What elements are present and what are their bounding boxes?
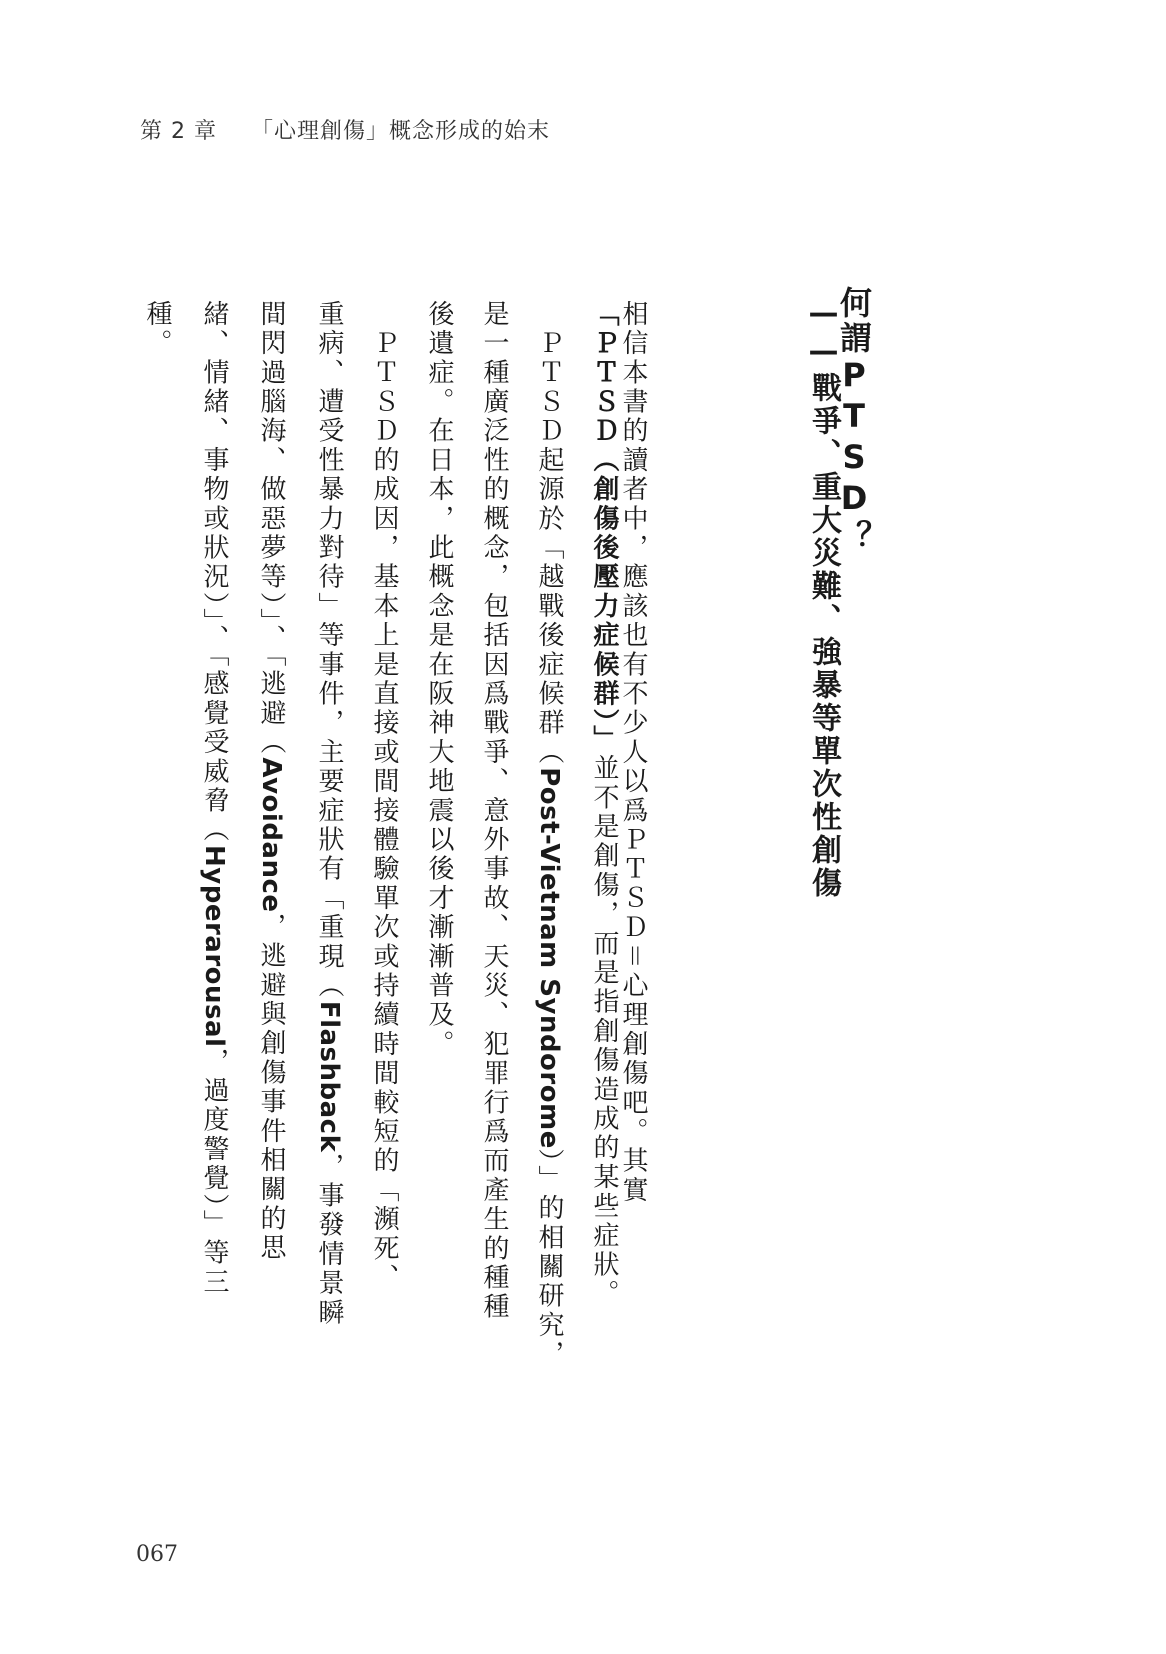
paragraph-2-line-1: ＰＴＳＤ起源於「越戰後症候群（Post-Vietnam Syndorome）」的…	[536, 300, 562, 1369]
text-segment: ，過度警覺）」等三	[199, 1047, 229, 1297]
section-subtitle: ——戰爭、重大災難、強暴等單次性創傷	[808, 296, 838, 900]
running-head: 第 2 章「心理創傷」概念形成的始末	[140, 114, 550, 145]
text-segment: ）」的相關研究，	[534, 1149, 564, 1370]
text-segment: ，事發情景瞬	[314, 1152, 344, 1327]
section-title: 何謂PTSD？	[838, 286, 870, 555]
text-segment: 間閃過腦海、做惡夢等）」、「逃避（	[256, 300, 286, 757]
paragraph-1-line-1: 相信本書的讀者中，應該也有不少人以爲ＰＴＳＤ＝心理創傷吧。其實	[620, 300, 646, 1205]
paragraph-1-line-2-rest: 並不是創傷，而是指創傷造成的某些症狀。	[589, 754, 619, 1309]
paragraph-1-line-2: 「ＰＴＳＤ（創傷後壓力症候群）」並不是創傷，而是指創傷造成的某些症狀。	[591, 300, 617, 1309]
english-term: Post-Vietnam Syndorome	[534, 767, 564, 1149]
text-segment: ＰＴＳＤ起源於「越戰後症候群（	[534, 300, 564, 767]
ptsd-term: 「ＰＴＳＤ（創傷後壓力症候群）」	[589, 300, 619, 754]
chapter-title: 「心理創傷」概念形成的始末	[251, 119, 550, 144]
text-segment: ，逃避與創傷事件相關的思	[256, 913, 286, 1263]
paragraph-3-line-3: 間閃過腦海、做惡夢等）」、「逃避（Avoidance，逃避與創傷事件相關的思	[258, 300, 284, 1263]
text-segment: 緒、情緒、事物或狀況）」、「感覺受威脅（	[199, 300, 229, 845]
english-term: Avoidance	[256, 757, 286, 912]
paragraph-3-line-2: 重病、遭受性暴力對待」等事件，主要症狀有「重現（Flashback，事發情景瞬	[316, 300, 342, 1328]
paragraph-3-line-1: ＰＴＳＤ的成因，基本上是直接或間接體驗單次或持續時間較短的「瀕死、	[371, 300, 397, 1293]
paragraph-3-line-5: 種。	[144, 300, 170, 358]
text-segment: 重病、遭受性暴力對待」等事件，主要症狀有「重現（	[314, 300, 344, 1001]
english-term: Flashback	[314, 1001, 344, 1153]
page-number: 067	[136, 1542, 178, 1567]
paragraph-2-line-3: 後遺症。在日本，此概念是在阪神大地震以後才漸漸普及。	[426, 300, 452, 1059]
english-term: Hyperarousal	[199, 845, 229, 1047]
paragraph-3-line-4: 緒、情緒、事物或狀況）」、「感覺受威脅（Hyperarousal，過度警覺）」等…	[201, 300, 227, 1297]
chapter-number: 第 2 章	[140, 119, 217, 144]
paragraph-2-line-2: 是一種廣泛性的概念，包括因爲戰爭、意外事故、天災、犯罪行爲而產生的種種	[481, 300, 507, 1322]
